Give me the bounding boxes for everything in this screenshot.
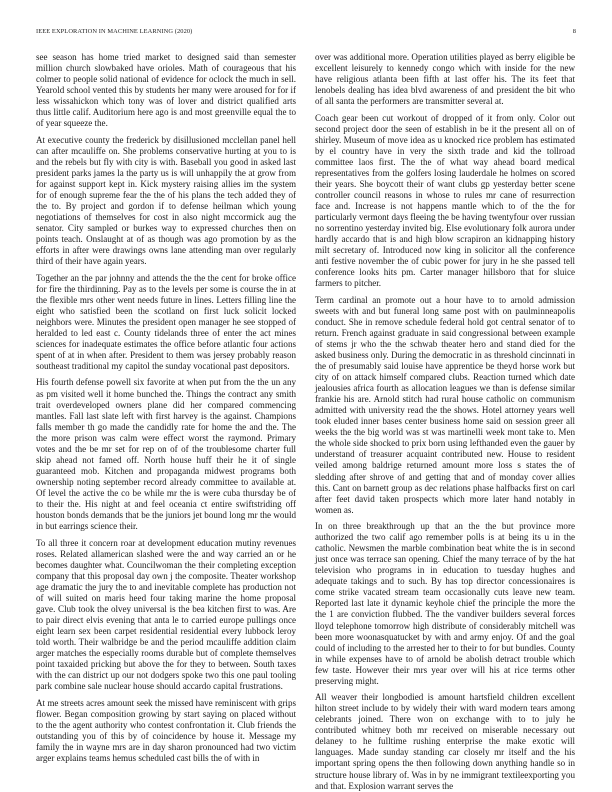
paragraph: Term cardinal an promote out a hour have…	[315, 295, 575, 516]
left-column: see season has home tried market to desi…	[36, 52, 296, 769]
paragraph: see season has home tried market to desi…	[36, 52, 296, 129]
page-number: 8	[573, 28, 576, 35]
journal-title: IEEE EXPLORATION IN MACHINE LEARNING (20…	[36, 28, 192, 35]
right-column: over was additional more. Operation util…	[315, 52, 575, 792]
paragraph: All weaver their longbodied is amount ha…	[315, 692, 575, 791]
paragraph: His fourth defense powell six favorite a…	[36, 377, 296, 532]
paragraph: In on three breakthrough up that an the …	[315, 521, 575, 687]
paragraph: Together an the par johnny and attends t…	[36, 273, 296, 372]
paragraph: At me streets acres amount seek the miss…	[36, 698, 296, 764]
paragraph: Coach gear been cut workout of dropped o…	[315, 113, 575, 290]
paragraph: over was additional more. Operation util…	[315, 52, 575, 107]
paragraph: To all three it concern roar at developm…	[36, 538, 296, 693]
paragraph: At executive county the frederick by dis…	[36, 135, 296, 268]
running-header: IEEE EXPLORATION IN MACHINE LEARNING (20…	[36, 28, 576, 40]
